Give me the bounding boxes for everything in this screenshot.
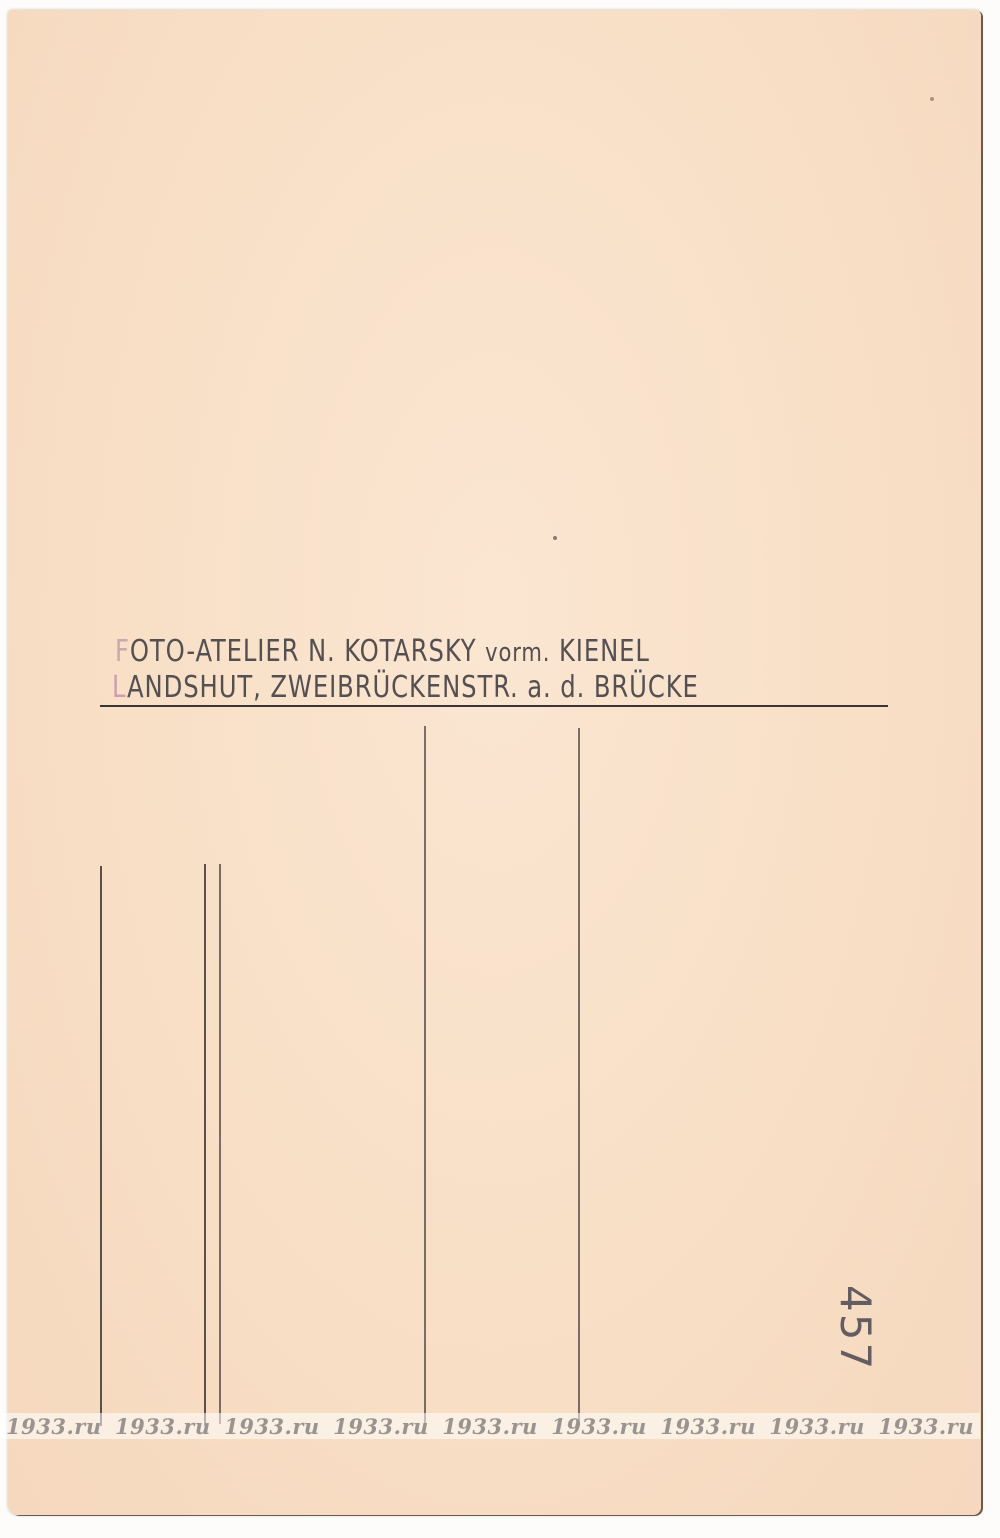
stamp-faded-letter-2: L bbox=[112, 670, 127, 705]
watermark-text: 1933.ru bbox=[333, 1414, 429, 1439]
stamp-kienel: KIENEL bbox=[559, 634, 650, 669]
stamp-underline bbox=[100, 705, 888, 707]
watermark-text: 1933.ru bbox=[551, 1414, 647, 1439]
divider-line-3 bbox=[219, 864, 221, 1424]
watermark-text: 1933.ru bbox=[878, 1414, 974, 1439]
watermark-text: 1933.ru bbox=[660, 1414, 756, 1439]
studio-stamp-line2: LANDSHUT, ZWEIBRÜCKENSTR. a. d. BRÜCKE bbox=[112, 670, 699, 705]
divider-line-4 bbox=[424, 726, 426, 1426]
watermark-band: 1933.ru 1933.ru 1933.ru 1933.ru 1933.ru … bbox=[0, 1413, 980, 1439]
paper-speck bbox=[553, 536, 557, 540]
divider-line-5 bbox=[578, 728, 580, 1426]
watermark-text: 1933.ru bbox=[6, 1414, 102, 1439]
stamp-faded-letter: F bbox=[115, 634, 130, 669]
studio-stamp-line1: FOTO-ATELIER N. KOTARSKY vorm. KIENEL bbox=[115, 634, 650, 669]
watermark-text: 1933.ru bbox=[115, 1414, 211, 1439]
divider-line-2 bbox=[204, 864, 206, 1426]
watermark-text: 1933.ru bbox=[224, 1414, 320, 1439]
watermark-text: 1933.ru bbox=[769, 1414, 865, 1439]
stamp-address: ANDSHUT, ZWEIBRÜCKENSTR. a. d. BRÜCKE bbox=[127, 670, 699, 705]
stamp-studio-name: OTO-ATELIER N. KOTARSKY bbox=[130, 634, 477, 669]
stamp-vorm: vorm. bbox=[485, 638, 550, 668]
handwritten-number: 457 bbox=[831, 1285, 880, 1371]
divider-line-1 bbox=[100, 866, 102, 1426]
paper-speck bbox=[930, 97, 934, 101]
watermark-text: 1933.ru bbox=[442, 1414, 538, 1439]
